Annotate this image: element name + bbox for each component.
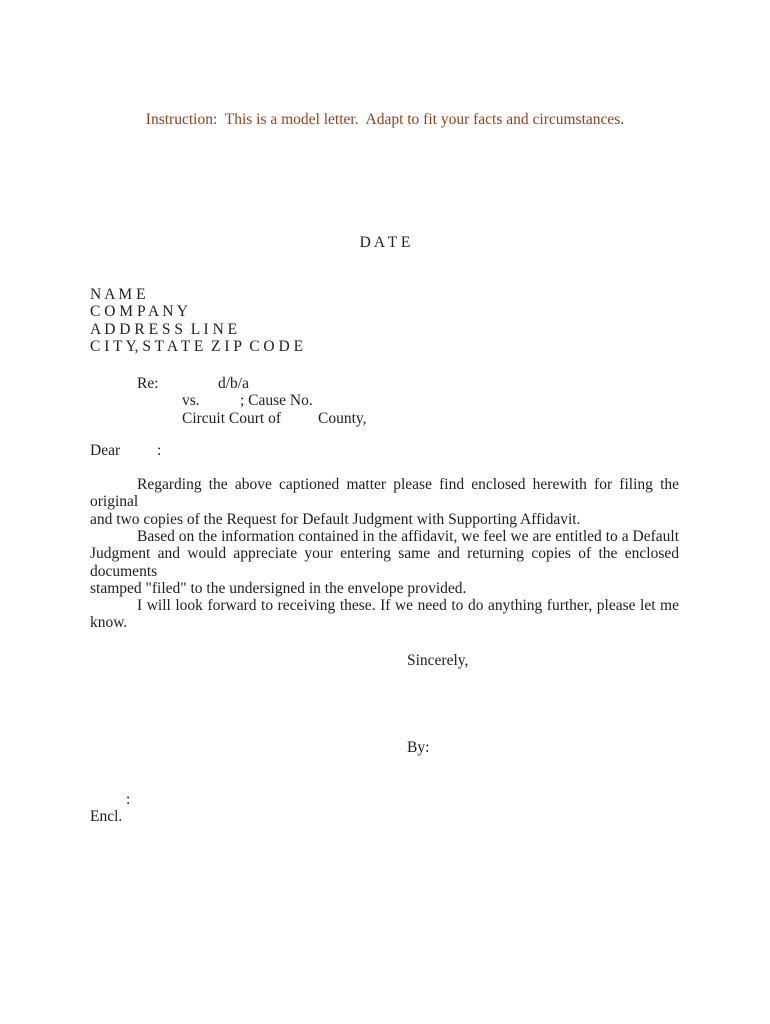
body-line: Judgment and would appreciate your enter…: [90, 545, 679, 580]
recipient-address-line: A D D R E S S L I N E: [90, 321, 303, 338]
salutation-colon: :: [157, 442, 161, 459]
body-line: know.: [90, 614, 679, 631]
salutation-word: Dear: [90, 442, 120, 459]
re-cause-no: ; Cause No.: [240, 392, 313, 409]
recipient-city-line: C I T Y, S T A T E Z I P C O D E: [90, 338, 303, 355]
closing-by-label: By:: [407, 739, 429, 756]
closing-signoff: Sincerely,: [407, 652, 468, 669]
body-paragraph-1: Regarding the above captioned matter ple…: [90, 476, 679, 528]
recipient-company-line: C O M P A N Y: [90, 303, 303, 320]
body-line: I will look forward to receiving these. …: [90, 597, 679, 614]
body-line: Regarding the above captioned matter ple…: [90, 476, 679, 511]
body-line: and two copies of the Request for Defaul…: [90, 511, 679, 528]
re-dba: d/b/a: [218, 375, 249, 392]
body-line: Based on the information contained in th…: [90, 528, 679, 545]
recipient-name-line: N A M E: [90, 286, 303, 303]
body-paragraph-3: I will look forward to receiving these. …: [90, 597, 679, 632]
body-line: stamped "filed" to the undersigned in th…: [90, 580, 679, 597]
instruction-note: Instruction: This is a model letter. Ada…: [0, 111, 770, 128]
re-label: Re:: [137, 375, 159, 392]
re-county: County,: [318, 410, 367, 427]
re-court: Circuit Court of: [182, 410, 281, 427]
re-vs: vs.: [182, 392, 200, 409]
recipient-block: N A M E C O M P A N Y A D D R E S S L I …: [90, 286, 303, 356]
letter-page: Instruction: This is a model letter. Ada…: [0, 0, 770, 1024]
initials-colon: :: [126, 791, 130, 808]
enclosure-note: Encl.: [90, 808, 122, 825]
date-heading: D A T E: [0, 234, 770, 251]
body-paragraph-2: Based on the information contained in th…: [90, 528, 679, 598]
